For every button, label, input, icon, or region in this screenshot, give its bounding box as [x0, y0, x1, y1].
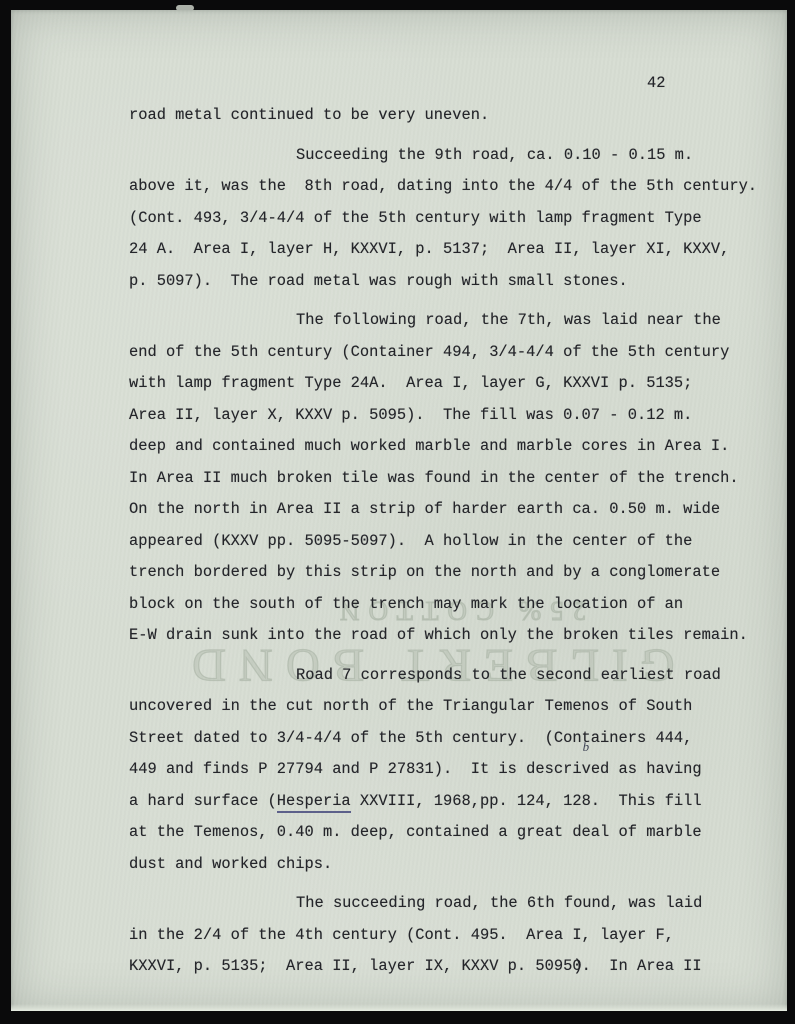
paragraph: The following road, the 7th, was laid ne… [129, 305, 757, 652]
text-line: E-W drain sunk into the road of which on… [129, 620, 757, 652]
text-line: 24 A. Area I, layer H, KXXVI, p. 5137; A… [129, 234, 757, 266]
text-line: Road 7 corresponds to the second earlies… [129, 660, 757, 692]
paragraph: The succeeding road, the 6th found, was … [129, 888, 757, 983]
text-line: appeared (KXXV pp. 5095-5097). A hollow … [129, 526, 757, 558]
text-line: p. 5097). The road metal was rough with … [129, 266, 757, 298]
overstruck-character: 0) [572, 951, 581, 983]
text-line: trench bordered by this strip on the nor… [129, 557, 757, 589]
text-line: In Area II much broken tile was found in… [129, 463, 757, 495]
text-line-with-overstrike: KXXVI, p. 5135; Area II, layer IX, KXXV … [129, 951, 757, 983]
scan-black-border: 25% COTTON GILBERT BOND 42 road metal co… [0, 0, 795, 1024]
text-line-with-correction: 449 and finds P 27794 and P 27831). It i… [129, 754, 757, 786]
text-line: block on the south of the trench may mar… [129, 589, 757, 621]
text-line: road metal continued to be very uneven. [129, 100, 757, 132]
text-line: in the 2/4 of the 4th century (Cont. 495… [129, 920, 757, 952]
page-number: 42 [647, 74, 665, 92]
text-line: dust and worked chips. [129, 849, 757, 881]
typewritten-text: road metal continued to be very uneven. … [129, 100, 757, 983]
text-segment: XXVIII, 1968,pp. 124, 128. This fill [351, 792, 702, 810]
text-segment: 449 and finds P 27794 and P 27831). It i… [129, 760, 582, 778]
paragraph: road metal continued to be very uneven. [129, 100, 757, 132]
corrected-letter: vb [582, 754, 591, 786]
text-line: On the north in Area II a strip of harde… [129, 494, 757, 526]
text-line-with-citation: a hard surface (Hesperia XXVIII, 1968,pp… [129, 786, 757, 818]
underlined-journal-title: Hesperia [277, 792, 351, 813]
text-line: Street dated to 3/4-4/4 of the 5th centu… [129, 723, 757, 755]
text-segment: a hard surface ( [129, 792, 277, 810]
text-line: Area II, layer X, KXXV p. 5095). The fil… [129, 400, 757, 432]
typed-letter: v [582, 760, 591, 778]
text-segment: KXXVI, p. 5135; Area II, layer IX, KXXV … [129, 957, 572, 975]
text-segment: ed as having [591, 760, 702, 778]
text-line: The succeeding road, the 6th found, was … [129, 888, 757, 920]
handwritten-correction: b [583, 740, 590, 753]
text-line: (Cont. 493, 3/4-4/4 of the 5th century w… [129, 203, 757, 235]
document-page: 25% COTTON GILBERT BOND 42 road metal co… [11, 10, 787, 1011]
text-line: end of the 5th century (Container 494, 3… [129, 337, 757, 369]
overtyped-character: ) [573, 951, 582, 983]
text-line: with lamp fragment Type 24A. Area I, lay… [129, 368, 757, 400]
text-segment: . In Area II [582, 957, 702, 975]
paragraph: Succeeding the 9th road, ca. 0.10 - 0.15… [129, 140, 757, 298]
text-line: Succeeding the 9th road, ca. 0.10 - 0.15… [129, 140, 757, 172]
text-line: above it, was the 8th road, dating into … [129, 171, 757, 203]
text-line: uncovered in the cut north of the Triang… [129, 691, 757, 723]
text-line: at the Temenos, 0.40 m. deep, contained … [129, 817, 757, 849]
paragraph: Road 7 corresponds to the second earlies… [129, 660, 757, 881]
text-line: The following road, the 7th, was laid ne… [129, 305, 757, 337]
text-line: deep and contained much worked marble an… [129, 431, 757, 463]
